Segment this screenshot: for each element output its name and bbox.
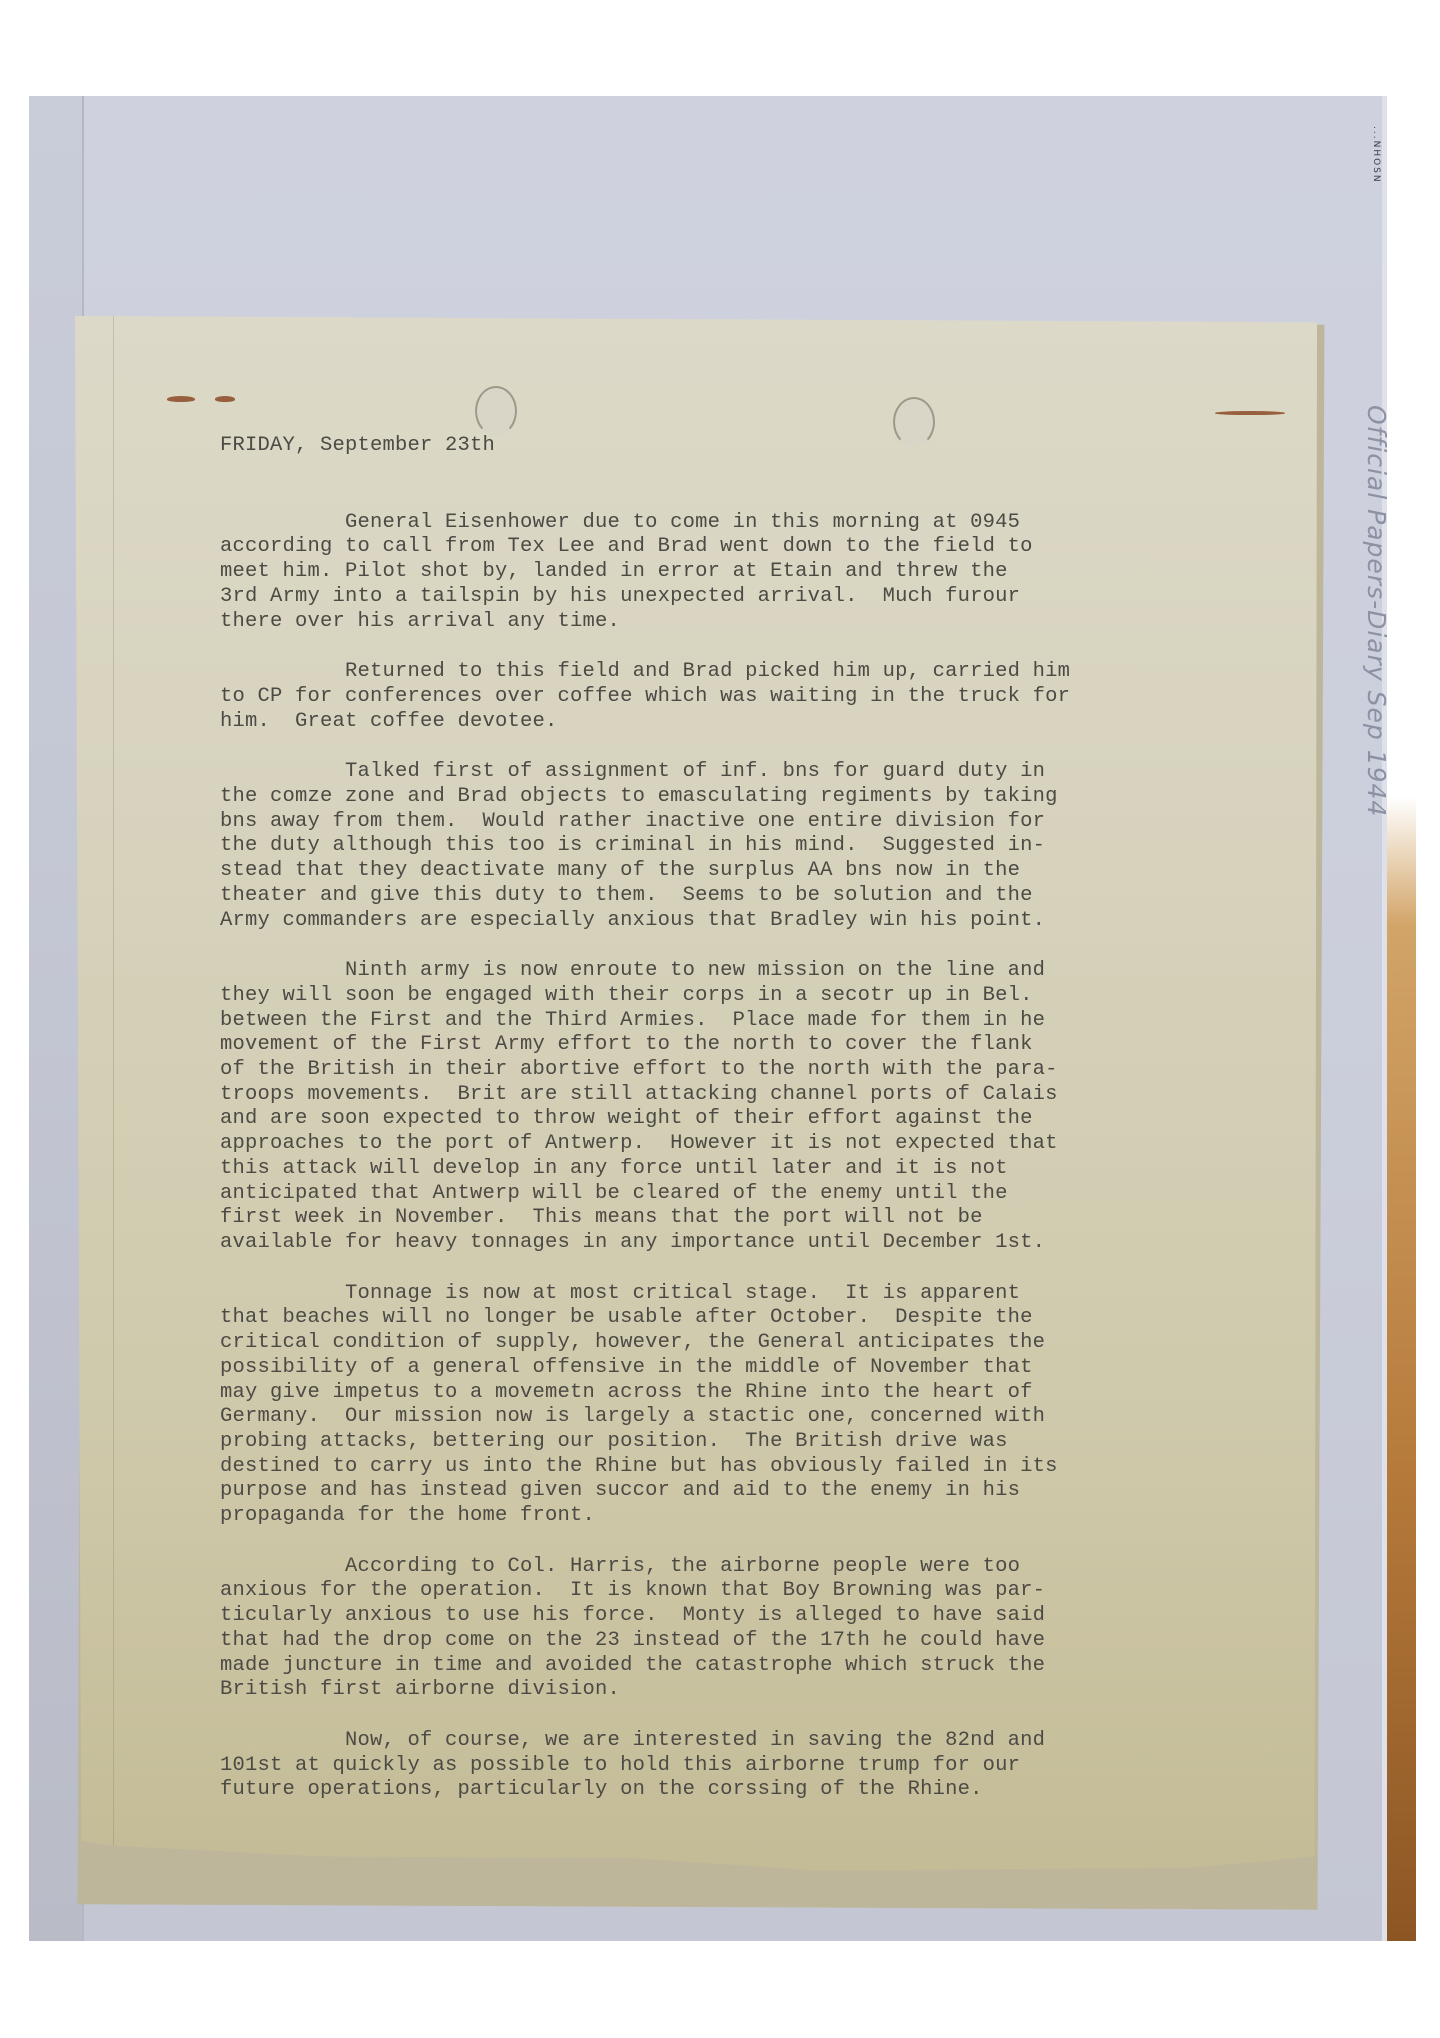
text-line: General Eisenhower due to come in this m…	[220, 511, 1260, 536]
staple-rust-mark	[215, 396, 235, 402]
text-line: may give impetus to a movemetn across th…	[220, 1381, 1260, 1406]
text-line: this attack will develop in any force un…	[220, 1157, 1260, 1182]
diary-date-heading: FRIDAY, September 23th	[220, 434, 1260, 459]
table-edge	[1387, 96, 1416, 1941]
text-line: him. Great coffee devotee.	[220, 710, 1260, 735]
paragraph-4: Ninth army is now enroute to new mission…	[220, 959, 1260, 1255]
text-line: troops movements. Brit are still attacki…	[220, 1083, 1260, 1108]
folder-tab-label: ...NHOSN	[1371, 126, 1381, 226]
text-line: the comze zone and Brad objects to emasc…	[220, 785, 1260, 810]
text-line: meet him. Pilot shot by, landed in error…	[220, 560, 1260, 585]
text-line: Army commanders are especially anxious t…	[220, 909, 1260, 934]
text-line: there over his arrival any time.	[220, 610, 1260, 635]
text-line: critical condition of supply, however, t…	[220, 1331, 1260, 1356]
text-line: they will soon be engaged with their cor…	[220, 984, 1260, 1009]
text-line: Tonnage is now at most critical stage. I…	[220, 1282, 1260, 1307]
handwritten-margin-note: Official Papers-Diary Sep 1944	[1362, 405, 1391, 817]
text-line: Germany. Our mission now is largely a st…	[220, 1405, 1260, 1430]
text-line: available for heavy tonnages in any impo…	[220, 1231, 1260, 1256]
text-line: first week in November. This means that …	[220, 1206, 1260, 1231]
text-line: made juncture in time and avoided the ca…	[220, 1654, 1260, 1679]
paragraph-5: Tonnage is now at most critical stage. I…	[220, 1282, 1260, 1529]
text-line: and are soon expected to throw weight of…	[220, 1107, 1260, 1132]
paragraph-7: Now, of course, we are interested in sav…	[220, 1729, 1260, 1803]
text-line: approaches to the port of Antwerp. Howev…	[220, 1132, 1260, 1157]
text-line: propaganda for the home front.	[220, 1504, 1260, 1529]
text-line: anticipated that Antwerp will be cleared…	[220, 1182, 1260, 1207]
text-line: that beaches will no longer be usable af…	[220, 1306, 1260, 1331]
paragraph-6: According to Col. Harris, the airborne p…	[220, 1555, 1260, 1703]
text-line: future operations, particularly on the c…	[220, 1778, 1260, 1803]
text-line: purpose and has instead given succor and…	[220, 1479, 1260, 1504]
punch-hole-left	[475, 386, 517, 436]
text-line: Talked first of assignment of inf. bns f…	[220, 760, 1260, 785]
text-line: ticularly anxious to use his force. Mont…	[220, 1604, 1260, 1629]
paragraph-1: General Eisenhower due to come in this m…	[220, 511, 1260, 635]
staple-rust-mark	[1215, 411, 1285, 415]
text-line: destined to carry us into the Rhine but …	[220, 1455, 1260, 1480]
text-line: that had the drop come on the 23 instead…	[220, 1629, 1260, 1654]
text-line: movement of the First Army effort to the…	[220, 1033, 1260, 1058]
text-line: 3rd Army into a tailspin by his unexpect…	[220, 585, 1260, 610]
document-photo: ...NHOSN FRIDAY, September 23th General …	[29, 96, 1416, 1941]
text-line: stead that they deactivate many of the s…	[220, 859, 1260, 884]
text-line: Returned to this field and Brad picked h…	[220, 660, 1260, 685]
paragraph-3: Talked first of assignment of inf. bns f…	[220, 760, 1260, 933]
text-line: of the British in their abortive effort …	[220, 1058, 1260, 1083]
text-line: British first airborne division.	[220, 1678, 1260, 1703]
text-line: bns away from them. Would rather inactiv…	[220, 810, 1260, 835]
text-line: according to call from Tex Lee and Brad …	[220, 535, 1260, 560]
text-line: to CP for conferences over coffee which …	[220, 685, 1260, 710]
text-line: theater and give this duty to them. Seem…	[220, 884, 1260, 909]
typed-page: FRIDAY, September 23th General Eisenhowe…	[75, 316, 1317, 1896]
page-fold-line	[113, 316, 114, 1896]
text-line: Now, of course, we are interested in sav…	[220, 1729, 1260, 1754]
text-line: the duty although this too is criminal i…	[220, 834, 1260, 859]
text-line: Ninth army is now enroute to new mission…	[220, 959, 1260, 984]
text-line: between the First and the Third Armies. …	[220, 1009, 1260, 1034]
text-line: possibility of a general offensive in th…	[220, 1356, 1260, 1381]
text-line: probing attacks, bettering our position.…	[220, 1430, 1260, 1455]
typed-text-body: FRIDAY, September 23th General Eisenhowe…	[220, 434, 1260, 1829]
text-line: 101st at quickly as possible to hold thi…	[220, 1754, 1260, 1779]
paragraph-2: Returned to this field and Brad picked h…	[220, 660, 1260, 734]
staple-rust-mark	[167, 396, 195, 402]
text-line: anxious for the operation. It is known t…	[220, 1579, 1260, 1604]
text-line: According to Col. Harris, the airborne p…	[220, 1555, 1260, 1580]
